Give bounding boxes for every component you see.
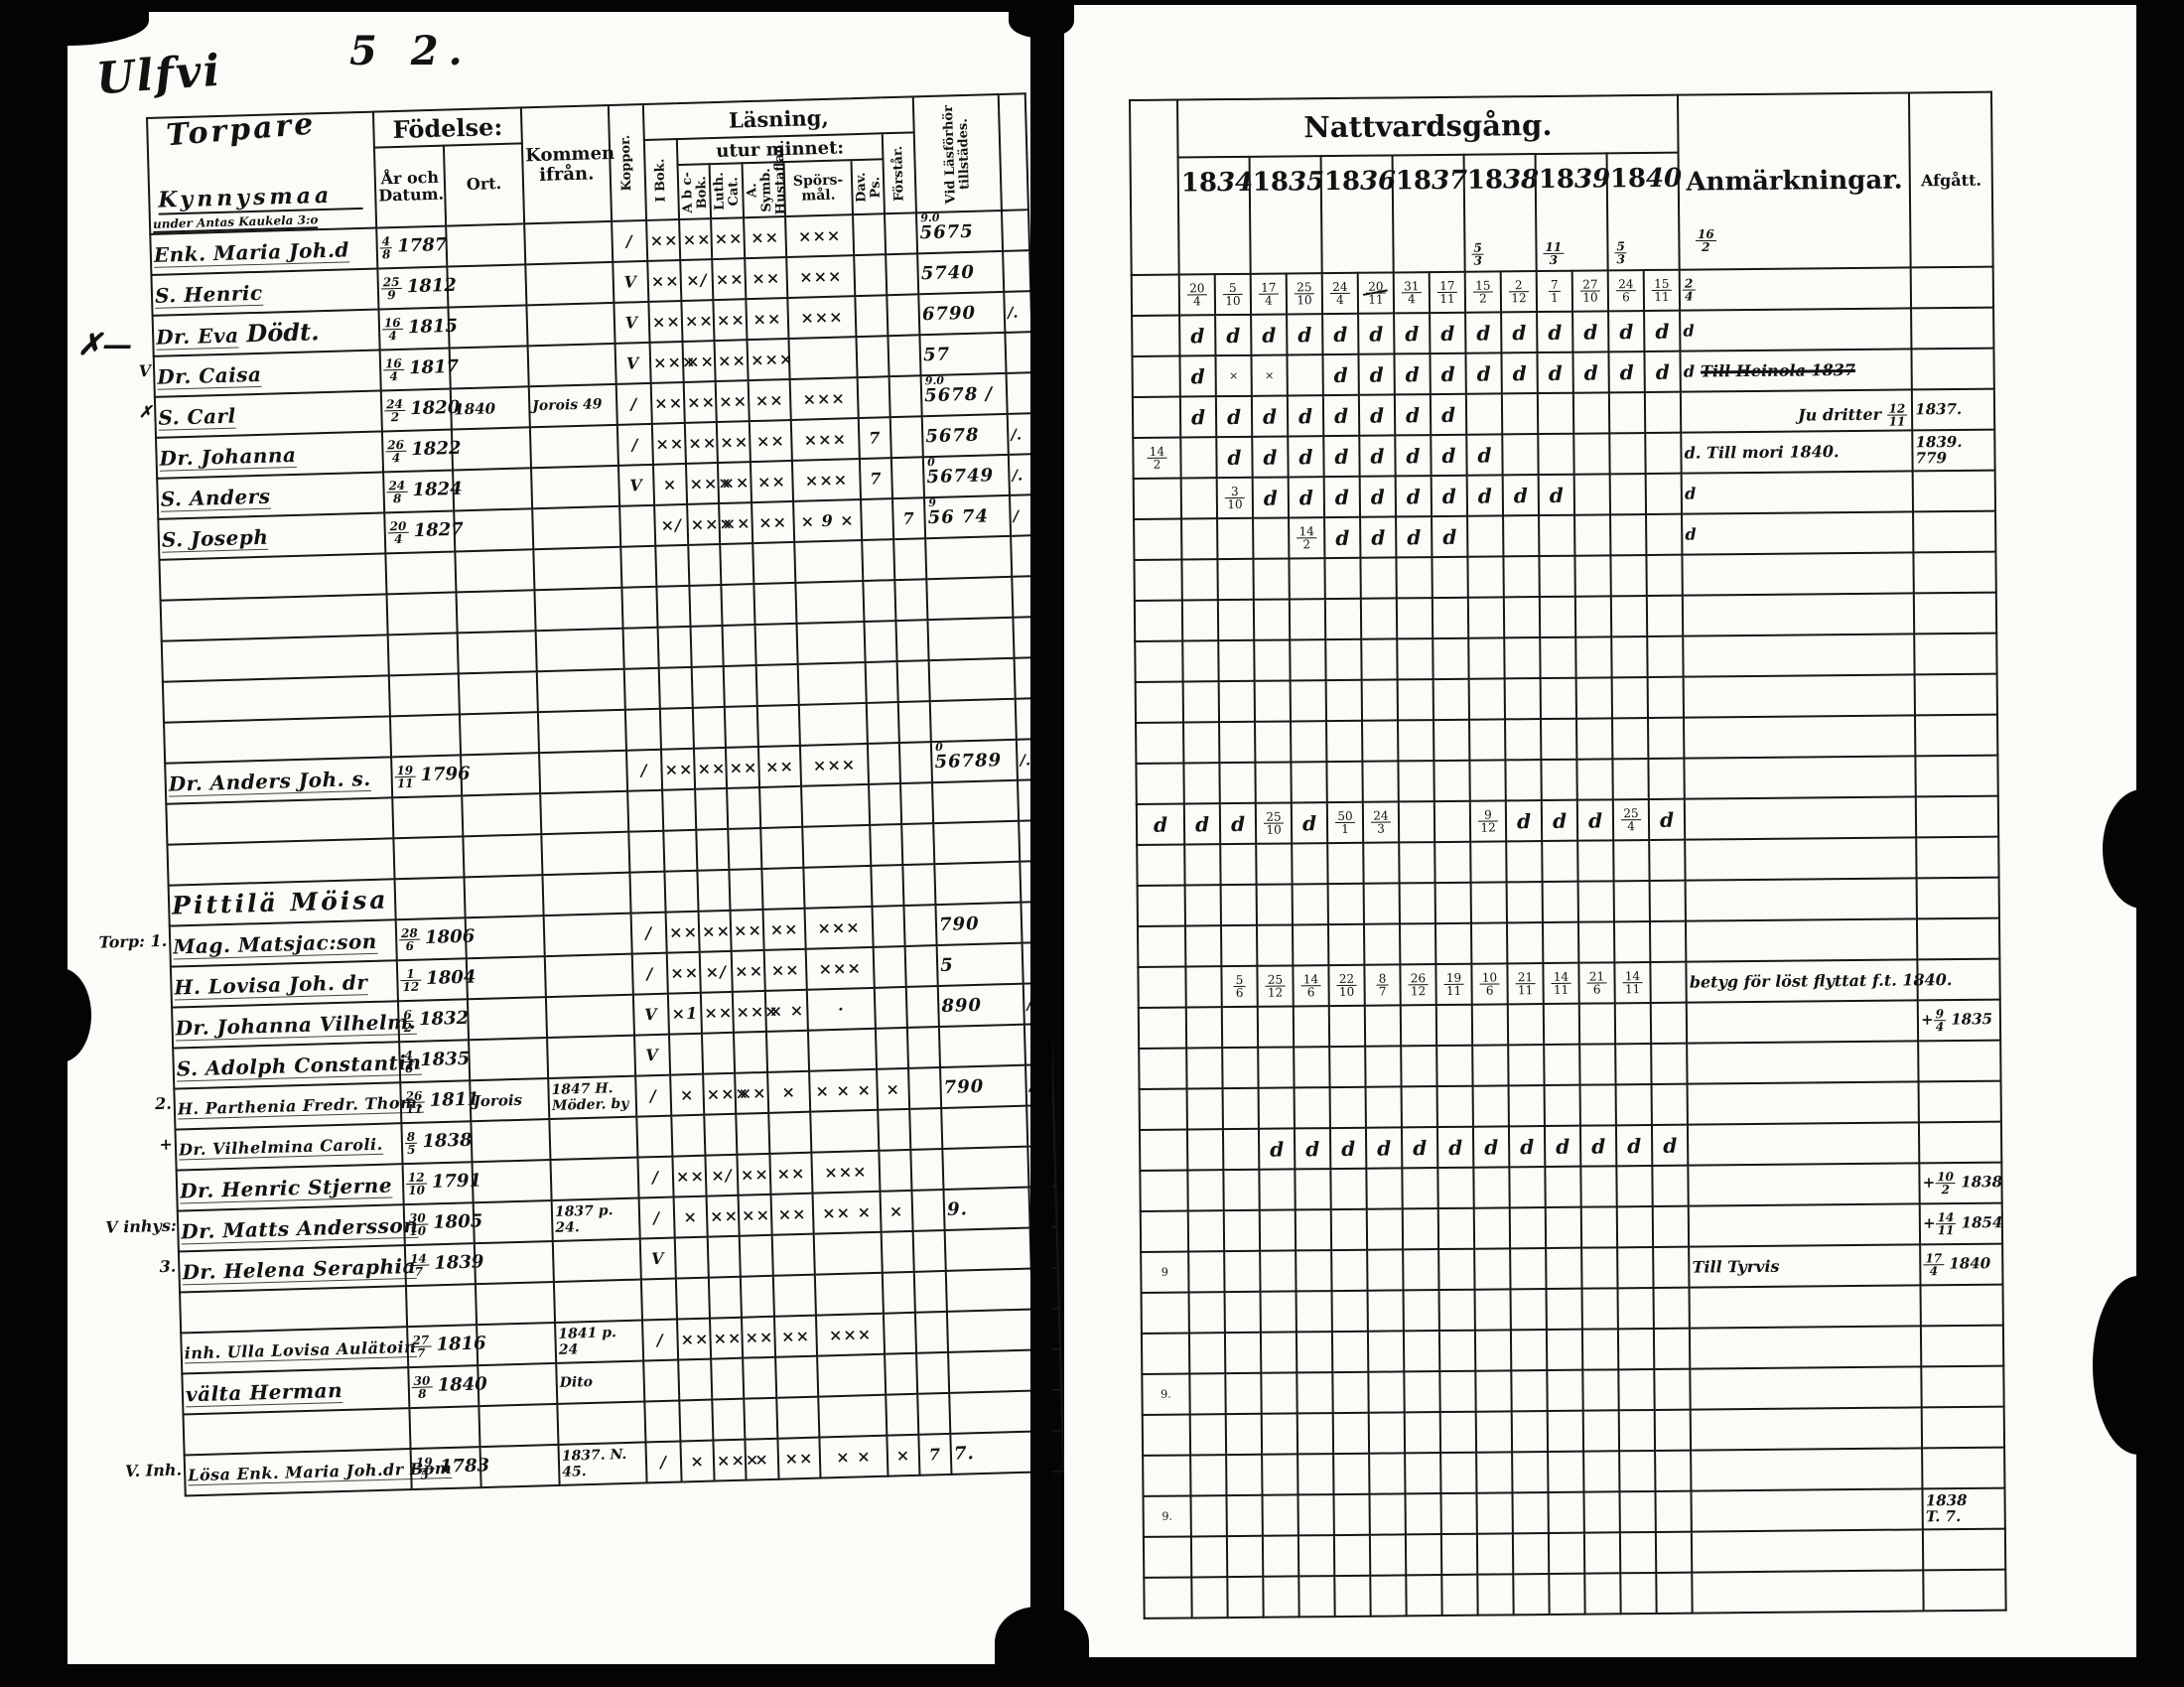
communion-cell: d: [1220, 803, 1256, 844]
remarks-cell: [1686, 918, 1917, 961]
left-page: Ulfvi 5 2. Torpare Kynnysmaa under Antas…: [62, 8, 1032, 1664]
communion-d-mark: d: [1334, 444, 1348, 468]
catechism-marks: ××: [715, 340, 749, 381]
communion-cell: [1616, 1084, 1652, 1125]
communion-d-mark: d: [1226, 323, 1240, 347]
word: by: [611, 1095, 628, 1111]
smallpox-mark-cell: ∕: [616, 383, 652, 425]
empty-cell: [1263, 1535, 1298, 1576]
date-fraction: 56: [1234, 974, 1246, 999]
birth-place-cell: Jorois: [470, 1078, 549, 1121]
word: 1827: [413, 519, 464, 541]
empty-cell: [1227, 1536, 1263, 1577]
empty-cell: [1584, 1573, 1620, 1614]
departed-cell: 1838T. 7.: [1923, 1488, 2005, 1530]
fraction-denominator: 10: [407, 1225, 428, 1238]
in-book-marks: [655, 545, 689, 587]
date-fraction: 1911: [1444, 972, 1464, 997]
year-handwritten: 37: [1432, 166, 1467, 196]
remark-struck-text: Till Heinola 1837: [1701, 360, 1855, 380]
departed-cell: [1915, 674, 1997, 716]
in-book-marks: [660, 708, 694, 750]
birth-place-cell: [454, 508, 533, 551]
person-name: Mag. Matsjac:son: [173, 928, 377, 959]
in-book-marks: [671, 1115, 705, 1157]
communion-cell: [1574, 474, 1610, 514]
arrived-from-cell: 1837 p. 24.: [552, 1198, 640, 1241]
fraction-denominator: 7: [1377, 986, 1389, 998]
word: 1837.: [1915, 400, 1962, 418]
attendance-cell: [945, 1228, 1031, 1271]
communion-cell: d: [1184, 803, 1220, 844]
extra-mark-cell: [1005, 332, 1032, 373]
empty-cell: [1584, 1532, 1620, 1573]
communion-margin-cell: [1138, 925, 1185, 966]
communion-cell: d: [1608, 351, 1644, 392]
smallpox-mark-cell: V: [640, 1238, 676, 1280]
communion-cell: [1186, 1048, 1222, 1088]
fraction-denominator: 2: [402, 1022, 415, 1034]
smallpox-mark-cell: ∕: [626, 750, 662, 791]
communion-cell: [1258, 1047, 1294, 1087]
fraction-denominator: 8: [380, 248, 393, 260]
communion-cell: [1655, 1451, 1692, 1491]
communion-margin-cell: [1136, 723, 1183, 764]
smallpox-mark-cell: [620, 546, 656, 588]
catechism-marks: [720, 543, 753, 585]
communion-cell: [1653, 1206, 1690, 1247]
remarks-cell: [1687, 1000, 1918, 1043]
person-name: Dr. Caisa: [157, 361, 262, 389]
attendance-cell: [948, 1350, 1034, 1393]
arrived-from-cell: [544, 914, 632, 956]
communion-cell: [1472, 1004, 1508, 1045]
communion-cell: d: [1179, 315, 1215, 355]
understands-marks: [900, 782, 933, 824]
communion-cell: [1332, 1332, 1368, 1372]
communion-cell: 254: [1613, 799, 1649, 840]
communion-cell: d: [1322, 314, 1358, 354]
empty-cell: [1549, 1574, 1584, 1615]
questions-marks: ×××: [786, 255, 855, 298]
communion-d-mark: d: [1584, 360, 1598, 384]
communion-cell: d: [1396, 476, 1432, 516]
attendance-cell: [933, 821, 1020, 864]
remarks-cell: [1688, 1081, 1919, 1124]
fraction-denominator: 4: [1330, 294, 1349, 306]
communion-cell: d: [1396, 516, 1432, 557]
communion-cell: [1223, 1170, 1259, 1210]
communion-d-mark: d: [1513, 361, 1527, 385]
communion-cell: d: [1323, 436, 1359, 477]
fraction-denominator: 2: [384, 411, 405, 424]
word: d.: [1685, 443, 1702, 462]
section-heading: Pittilä Möisa: [172, 885, 389, 919]
communion-d-mark: d: [1406, 444, 1420, 468]
communion-cell: [1432, 557, 1467, 598]
communion-cell: [1403, 1249, 1438, 1290]
birth-place-cell: [460, 712, 539, 755]
name-cell: 3.Dr. Helena Seraphia: [179, 1245, 406, 1292]
communion-d-mark: d: [1553, 808, 1567, 832]
communion-cell: [1287, 354, 1322, 395]
communion-cell: [1617, 1206, 1653, 1247]
person-name: S. Adolph Constantin: [176, 1050, 421, 1081]
in-book-marks: ×: [670, 1074, 704, 1116]
communion-cell: [1580, 1166, 1616, 1206]
date-fraction: 112: [400, 968, 421, 994]
communion-cell: [1548, 1411, 1583, 1452]
year-header: 1835: [1250, 156, 1322, 274]
communion-d-mark: d: [1549, 360, 1563, 384]
birth-date-cell: 164 1815: [378, 308, 449, 351]
understands-marks: [915, 1312, 948, 1353]
remark-secondary-text: Ju dritter 1211: [1798, 402, 1907, 428]
row-margin-note: V. Inh.: [112, 1461, 183, 1481]
questions-marks: [801, 784, 870, 827]
communion-cell: 501: [1327, 802, 1363, 843]
communion-cell: [1507, 882, 1543, 922]
communion-cell: [1476, 1492, 1512, 1533]
communion-cell: [1440, 1412, 1476, 1453]
communion-cell: [1433, 761, 1469, 801]
person-name: H. Parthenia Fredr. Thom.: [178, 1093, 424, 1120]
communion-cell: [1512, 1452, 1548, 1492]
arrived-from-cell: [540, 791, 628, 834]
arrived-from-cell: 1837. N. 45.: [559, 1442, 647, 1484]
empty-cell: [1334, 1576, 1370, 1617]
communion-d-mark: d: [1656, 359, 1670, 383]
understands-marks: [890, 416, 923, 458]
empty-cell: [1191, 1577, 1227, 1617]
word: Ju: [1798, 405, 1817, 424]
date-fraction: 314: [1402, 280, 1422, 305]
empty-cell: [1620, 1573, 1656, 1614]
questions-header: Spörs-mål.: [784, 160, 854, 216]
date-fraction: 2210: [1337, 973, 1357, 998]
communion-margin-cell: [1132, 275, 1179, 316]
word: 1817: [409, 356, 460, 378]
communion-cell: [1259, 1169, 1295, 1209]
communion-cell: [1294, 1047, 1329, 1087]
name-cell: [163, 675, 390, 722]
communion-cell: [1295, 1087, 1330, 1128]
communion-margin-cell: 9.: [1142, 1373, 1189, 1414]
communion-cell: [1290, 639, 1325, 680]
in-book-marks: [678, 1359, 712, 1401]
communion-cell: [1401, 1046, 1436, 1086]
communion-cell: [1619, 1491, 1655, 1532]
communion-cell: [1616, 1166, 1652, 1206]
communion-cell: [1646, 474, 1683, 514]
communion-cell: [1363, 842, 1399, 883]
communion-cell: [1182, 600, 1218, 640]
departed-cell: +1411 1854: [1920, 1203, 2002, 1245]
remarks-cell: Ju dritter 1211: [1681, 389, 1912, 432]
abc-book-marks: [689, 585, 722, 627]
communion-cell: [1580, 1084, 1616, 1125]
communion-cell: [1330, 1169, 1366, 1209]
fraction-denominator: 11: [1623, 983, 1642, 995]
village-name: Kynnysmaa: [158, 182, 363, 215]
communion-cell: [1538, 393, 1573, 434]
communion-cell: [1650, 962, 1687, 1003]
communion-cell: [1402, 1168, 1437, 1208]
symbolum-marks: [760, 827, 803, 869]
questions-marks: [794, 540, 863, 583]
symbolum-marks: ××: [749, 379, 791, 421]
abc-book-marks: [693, 707, 726, 749]
communion-d-mark: d: [1548, 320, 1562, 344]
communion-d-mark: d: [1298, 445, 1312, 469]
communion-cell: [1362, 679, 1398, 720]
date-fraction: 286: [399, 927, 420, 953]
communion-d-mark: d: [1440, 321, 1454, 345]
empty-departed-cell: [1923, 1529, 2005, 1571]
remark-text: d: [1685, 525, 1696, 544]
abc-book-marks: [702, 1033, 735, 1074]
word: 49: [583, 396, 603, 413]
communion-d-mark: d: [1620, 360, 1634, 384]
communion-margin-cell: 142: [1133, 438, 1180, 479]
communion-cell: [1573, 433, 1609, 474]
communion-cell: [1403, 1208, 1438, 1249]
seam-top-blob: [1009, 0, 1074, 38]
symbolum-marks: ××: [745, 257, 787, 299]
departed-cell: [1911, 267, 1993, 309]
departed-cell: 174 1840: [1920, 1244, 2002, 1286]
luther-catechism-header: Luth. Cat.: [710, 163, 745, 218]
remarks-cell: [1683, 633, 1914, 676]
name-cell: H. Lovisa Joh. dr: [171, 960, 398, 1007]
catechism-marks: [725, 706, 758, 748]
communion-cell: [1655, 1491, 1692, 1532]
communion-cell: d: [1572, 311, 1608, 351]
in-book-marks: ××: [651, 382, 685, 424]
birth-date-cell: [393, 836, 464, 879]
communion-cell: [1539, 556, 1574, 597]
communion-cell: [1609, 433, 1645, 474]
fraction-denominator: 6: [1480, 984, 1499, 996]
communion-cell: d: [1501, 312, 1537, 352]
communion-margin-cell: [1133, 397, 1180, 438]
departed-cell: [1916, 756, 1998, 797]
arrived-from-cell: [547, 1036, 635, 1078]
psalms-marks: [882, 1231, 914, 1273]
catechism-marks: ××: [742, 1317, 775, 1358]
date-fraction: 1210: [406, 1172, 427, 1197]
communion-cell: [1183, 763, 1219, 803]
year-handwritten: 40: [1646, 164, 1682, 194]
attendance-cell: 056749: [923, 455, 1010, 497]
communion-cell: [1469, 719, 1505, 760]
birth-place-cell: [452, 427, 531, 470]
remark-text: d: [1683, 322, 1694, 341]
communion-cell: [1506, 841, 1542, 882]
arrived-from-cell: [528, 344, 616, 386]
word: Till: [1706, 443, 1736, 462]
person-name: Dr. Helena Seraphia: [182, 1253, 416, 1285]
date-fraction: 152: [1473, 279, 1493, 304]
communion-cell: d: [1394, 353, 1430, 394]
communion-cell: [1511, 1289, 1547, 1330]
communion-d-mark: d: [1298, 404, 1312, 428]
remarks-cell: [1685, 837, 1916, 880]
word: 7.: [1946, 1507, 1962, 1525]
abc-book-marks: ××: [694, 748, 727, 789]
communion-d-mark: d: [1370, 444, 1384, 468]
communion-cell: [1543, 882, 1578, 922]
communion-margin-cell: [1134, 479, 1181, 519]
communion-cell: 1511: [1644, 270, 1681, 311]
name-cell: S. Adolph Constantin: [173, 1042, 400, 1088]
fraction-denominator: 12: [1409, 985, 1428, 997]
abc-book-marks: ××: [707, 1195, 740, 1237]
catechism-marks: ××: [717, 421, 751, 463]
communion-cell: d: [1395, 435, 1431, 476]
understands-marks: [895, 620, 928, 661]
communion-cell: [1502, 393, 1538, 434]
communion-cell: d: [1323, 395, 1359, 436]
communion-cell: [1182, 640, 1218, 681]
communion-cell: [1504, 637, 1540, 678]
communion-d-mark: d: [1512, 321, 1526, 345]
word: 1837: [555, 1203, 594, 1220]
extra-column-header: [999, 93, 1028, 211]
birth-place-cell: [466, 915, 545, 958]
communion-cell: [1255, 721, 1291, 762]
date-fraction: 2510: [1295, 281, 1314, 306]
communion-cell: d: [1652, 1125, 1689, 1166]
psalms-marks: [874, 946, 906, 988]
abc-book-header: A b c-Bok.: [678, 164, 712, 219]
empty-remarks-cell: [1692, 1529, 1923, 1572]
remarks-cell: d: [1682, 511, 1913, 554]
fraction-denominator: 1: [1335, 823, 1354, 835]
fraction-denominator: 6: [1234, 987, 1246, 999]
communion-cell: [1257, 924, 1293, 965]
communion-cell: [1545, 1085, 1580, 1126]
person-name: Dr. Eva: [156, 323, 239, 350]
attendance-value: 9.: [947, 1198, 968, 1220]
communion-cell: [1185, 885, 1221, 925]
communion-d-mark: d: [1302, 811, 1316, 835]
communion-margin-cell: [1143, 1414, 1190, 1455]
word: 1787: [397, 234, 448, 256]
communion-cell: [1611, 636, 1647, 677]
empty-cell: [1441, 1534, 1477, 1575]
communion-cell: [1369, 1493, 1405, 1534]
empty-cell: [1513, 1574, 1549, 1615]
communion-cell: 912: [1470, 800, 1506, 841]
abc-book-marks: ××: [699, 911, 732, 952]
communion-cell: [1220, 844, 1256, 885]
communion-cell: [1610, 514, 1646, 555]
communion-cell: [1188, 1210, 1224, 1251]
communion-cell: [1291, 721, 1326, 762]
communion-cell: [1619, 1410, 1655, 1451]
communion-cell: 2111: [1507, 963, 1543, 1004]
empty-cell: [1298, 1535, 1334, 1576]
communion-cell: [1257, 884, 1293, 924]
communion-cell: [1368, 1290, 1404, 1331]
right-page: Nattvardsgång. Anmärkningar. Afgått. 183…: [1064, 5, 2141, 1657]
year-printed: 18: [1324, 167, 1360, 197]
empty-cell: [1656, 1573, 1693, 1614]
fraction-denominator: 7: [408, 1265, 429, 1278]
communion-cell: [1292, 843, 1327, 884]
empty-cell: [1620, 1532, 1656, 1573]
remarks-cell: [1685, 796, 1916, 839]
remarks-cell: [1689, 1163, 1920, 1205]
questions-marks: [803, 866, 872, 909]
communion-cell: [1218, 600, 1254, 640]
empty-cell: [1477, 1574, 1513, 1615]
communion-cell: [1435, 923, 1471, 964]
communion-cell: [1505, 760, 1541, 800]
attendance-cell: 790: [940, 1065, 1026, 1108]
remarks-cell: d: [1682, 471, 1913, 513]
communion-cell: [1502, 434, 1538, 475]
communion-cell: [1190, 1455, 1226, 1495]
communion-cell: [1255, 762, 1291, 802]
communion-cell: [1652, 1084, 1689, 1125]
fraction-denominator: 4: [383, 370, 404, 383]
communion-cell: d: [1430, 353, 1465, 394]
psalms-marks: [869, 783, 901, 825]
communion-cell: [1582, 1329, 1618, 1369]
understands-marks: [905, 945, 938, 987]
communion-cell: [1219, 763, 1255, 803]
communion-cell: [1333, 1454, 1369, 1494]
smallpox-mark-cell: ∕: [617, 424, 653, 466]
word: 1838: [422, 1130, 473, 1152]
psalms-marks: [853, 213, 886, 255]
understands-marks: [903, 905, 936, 946]
communion-cell: [1263, 1494, 1298, 1535]
psalms-marks: [883, 1272, 915, 1314]
understands-marks: 7: [918, 1434, 951, 1476]
communion-cell: d: [1359, 394, 1395, 435]
attendance-cell: [930, 699, 1017, 742]
row-margin-note: +: [103, 1135, 174, 1156]
psalms-marks: ×: [877, 1068, 909, 1110]
communion-cell: [1612, 677, 1648, 718]
communion-cell: [1654, 1329, 1691, 1369]
birth-date-cell: [387, 592, 458, 634]
fraction-denominator: 8: [387, 492, 408, 505]
communion-d-mark: d: [1583, 320, 1597, 344]
communion-cell: [1369, 1412, 1405, 1453]
communion-d-mark: d: [1655, 319, 1669, 343]
communion-cell: [1400, 923, 1435, 964]
smallpox-mark-cell: [629, 872, 665, 914]
name-cell: VDr. Caisa: [154, 351, 381, 397]
communion-cell: d: [1288, 395, 1323, 436]
communion-cell: [1574, 514, 1610, 555]
communion-cell: 212: [1501, 271, 1537, 312]
communion-cell: [1217, 518, 1253, 559]
attendance-cell: [947, 1310, 1033, 1352]
catechism-marks: [734, 1032, 767, 1073]
communion-cell: 243: [1363, 801, 1399, 842]
right-edge-blob-lower: [2093, 1276, 2184, 1455]
date-fraction: 142: [1148, 446, 1167, 471]
communion-cell: [1544, 1004, 1579, 1045]
attendance-value: 5: [940, 955, 954, 976]
arrived-from-cell: [530, 425, 618, 468]
understands-marks: [891, 457, 924, 498]
